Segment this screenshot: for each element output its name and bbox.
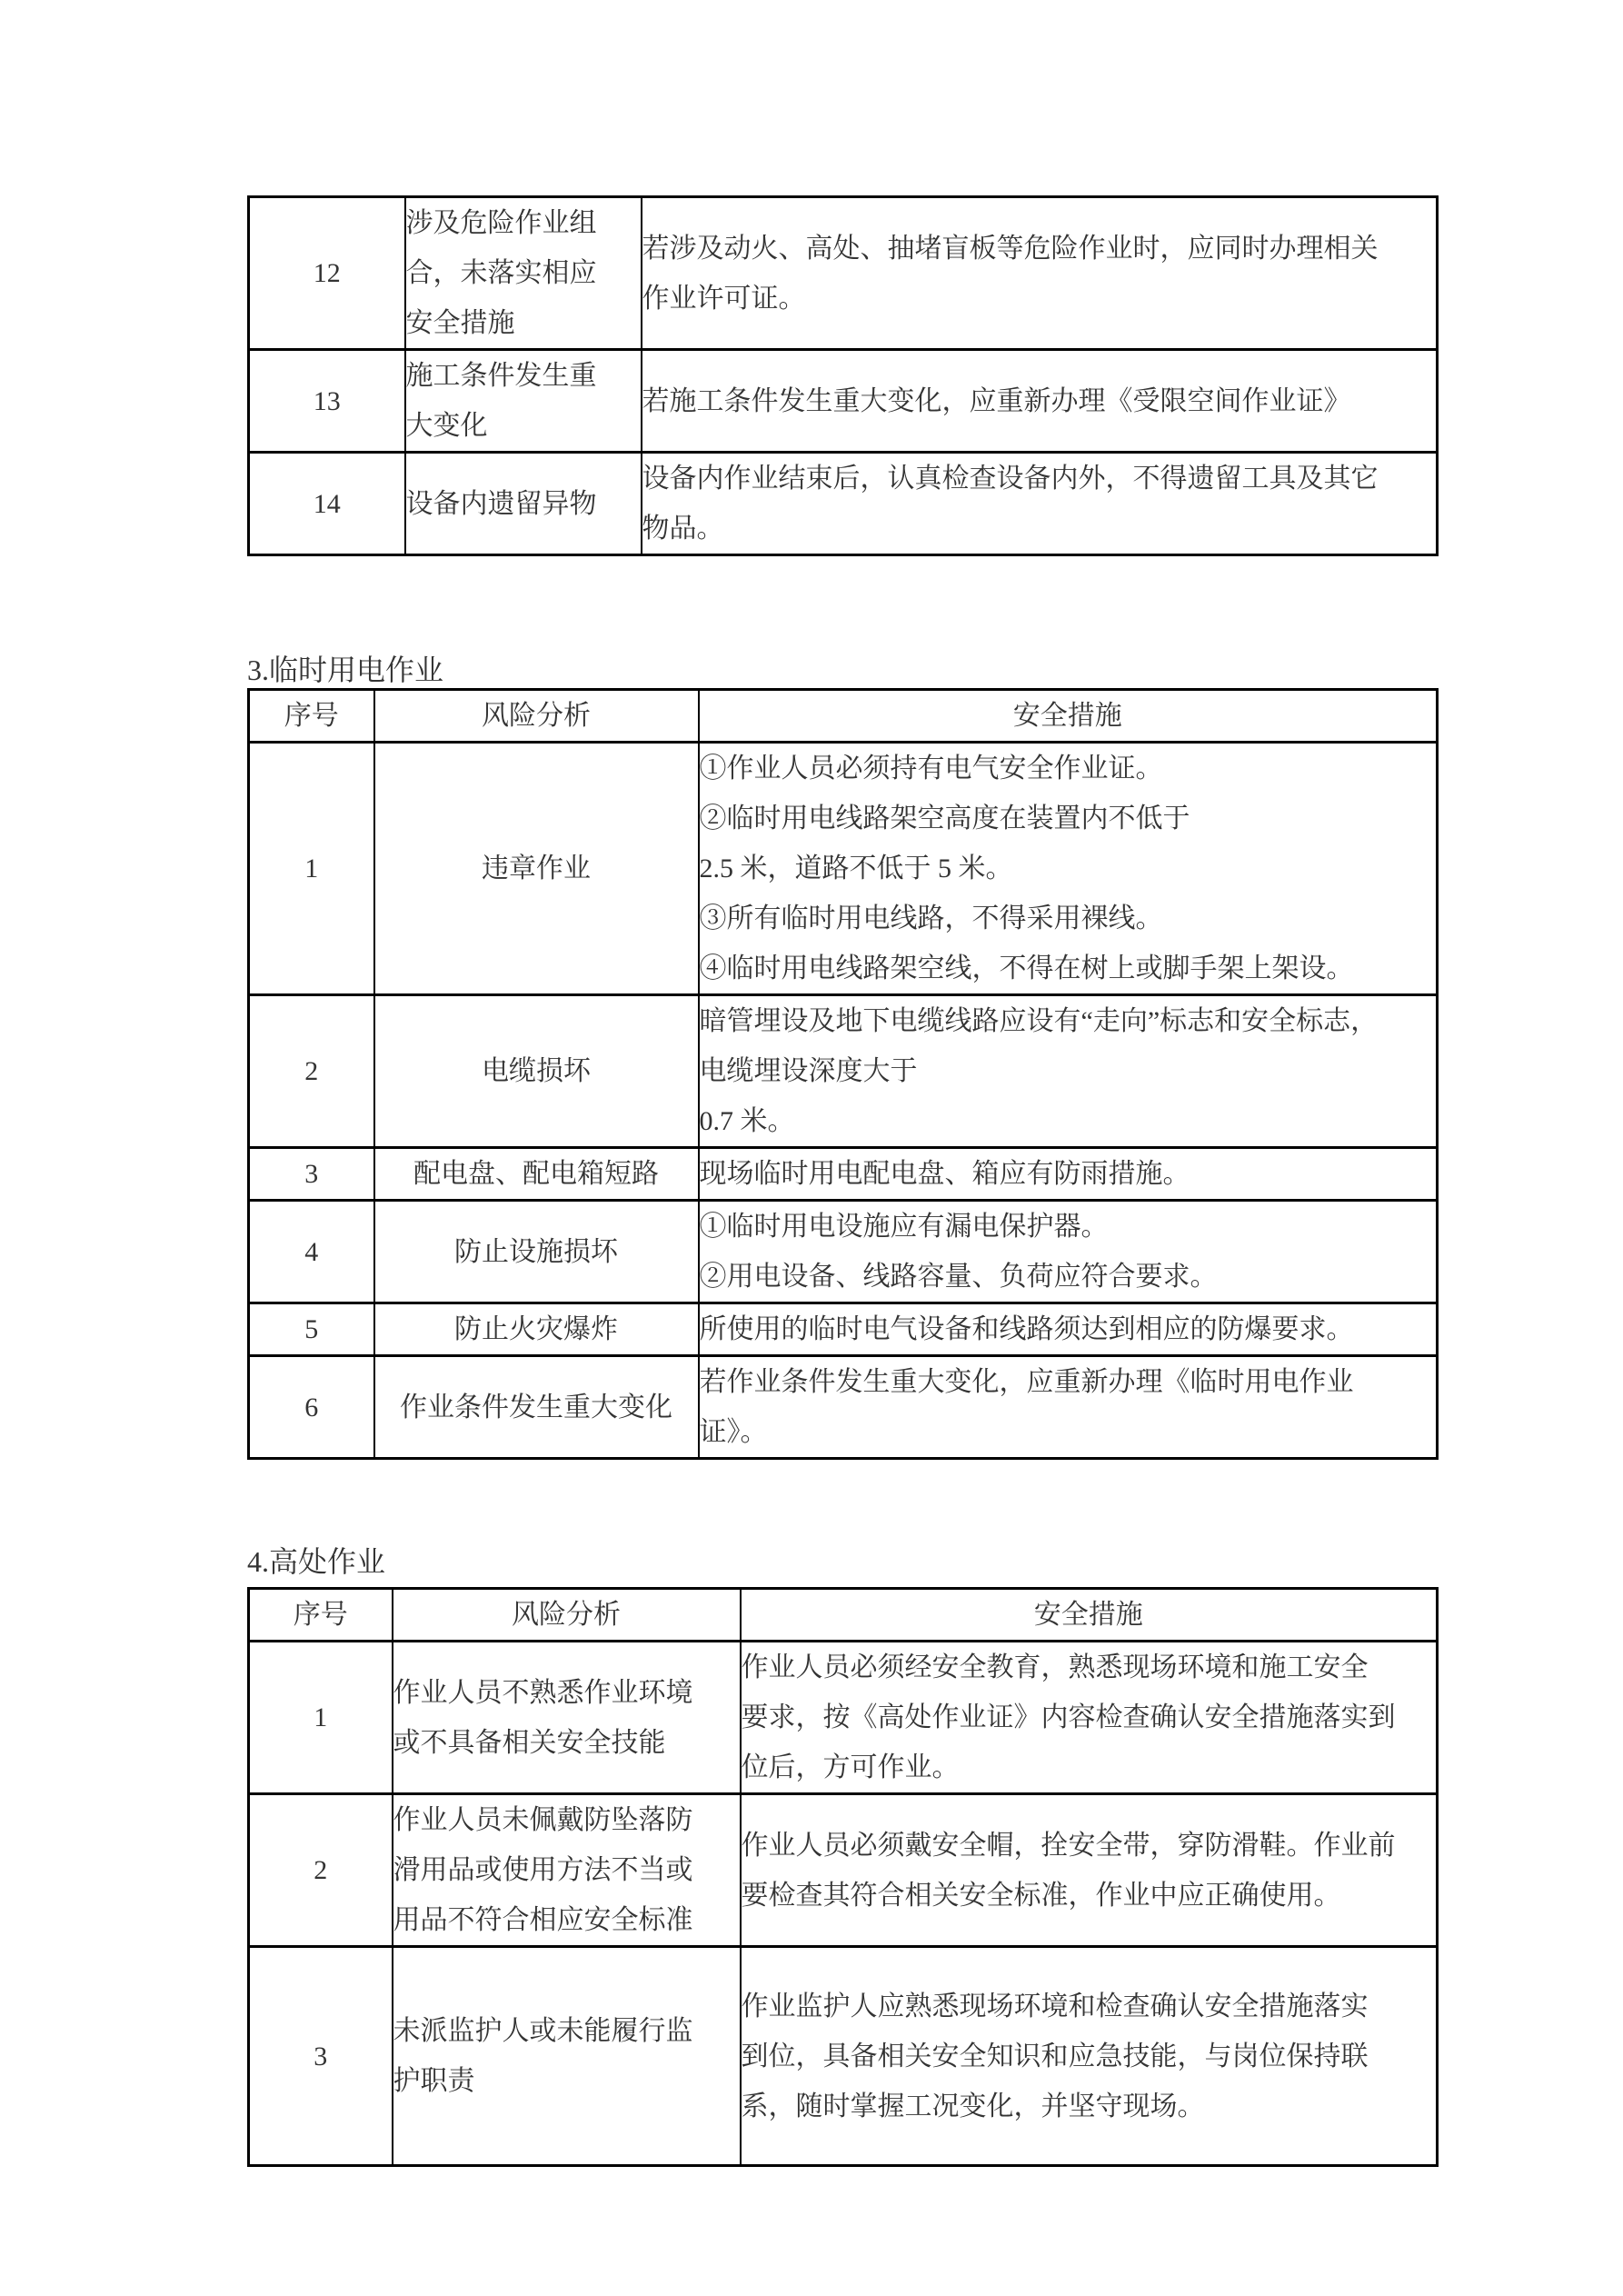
row-number-cell: 2 — [249, 1794, 393, 1947]
header-cell: 序号 — [249, 690, 374, 743]
risk-analysis-line: 护职责 — [393, 2056, 740, 2106]
safety-measures-line: 到位，具备相关安全知识和应急技能，与岗位保持联 — [742, 2031, 1437, 2081]
row-number: 3 — [250, 1149, 373, 1199]
row-number-cell: 6 — [249, 1356, 374, 1459]
table-row: 3配电盘、配电箱短路现场临时用电配电盘、箱应有防雨措施。 — [249, 1148, 1438, 1201]
row-number-cell: 5 — [249, 1303, 374, 1356]
safety-measures-cell: 设备内作业结束后，认真检查设备内外，不得遗留工具及其它物品。 — [642, 453, 1438, 555]
header-cell: 风险分析 — [374, 690, 699, 743]
safety-measures-line: 若施工条件发生重大变化，应重新办理《受限空间作业证》 — [642, 376, 1437, 426]
table-row: 6作业条件发生重大变化若作业条件发生重大变化，应重新办理《临时用电作业证》。 — [249, 1356, 1438, 1459]
risk-analysis-line: 或不具备相关安全技能 — [393, 1718, 740, 1768]
risk-analysis-line: 施工条件发生重 — [406, 351, 641, 401]
safety-measures-line: ②用电设备、线路容量、负荷应符合要求。 — [700, 1252, 1437, 1302]
risk-analysis-line: 设备内遗留异物 — [406, 479, 641, 529]
table-row: 4防止设施损坏①临时用电设施应有漏电保护器。②用电设备、线路容量、负荷应符合要求… — [249, 1201, 1438, 1303]
safety-measures-line: 证》。 — [700, 1407, 1437, 1457]
table-row: 5防止火灾爆炸所使用的临时电气设备和线路须达到相应的防爆要求。 — [249, 1303, 1438, 1356]
risk-analysis-line: 涉及危险作业组 — [406, 198, 641, 248]
safety-measures-line: ④临时用电线路架空线，不得在树上或脚手架上架设。 — [700, 943, 1437, 993]
risk-analysis-line: 大变化 — [406, 401, 641, 451]
safety-measures-cell: 作业人员必须戴安全帽，拴安全带，穿防滑鞋。作业前要检查其符合相关安全标准，作业中… — [741, 1794, 1438, 1947]
risk-analysis-cell: 防止设施损坏 — [374, 1201, 699, 1303]
risk-analysis-line: 未派监护人或未能履行监 — [393, 2006, 740, 2056]
table-row: 3未派监护人或未能履行监护职责作业监护人应熟悉现场环境和检查确认安全措施落实到位… — [249, 1947, 1438, 2166]
safety-measures-line: ①作业人员必须持有电气安全作业证。 — [700, 744, 1437, 794]
risk-analysis-cell: 设备内遗留异物 — [405, 453, 642, 555]
row-number: 12 — [250, 248, 404, 298]
header-cell: 安全措施 — [699, 690, 1438, 743]
safety-measures-line: 若作业条件发生重大变化，应重新办理《临时用电作业 — [700, 1357, 1437, 1407]
risk-analysis-cell: 电缆损坏 — [374, 995, 699, 1148]
risk-analysis-line: 配电盘、配电箱短路 — [375, 1149, 698, 1199]
row-number-cell: 3 — [249, 1148, 374, 1201]
safety-measures-line: 若涉及动火、高处、抽堵盲板等危险作业时，应同时办理相关 — [642, 224, 1437, 274]
page-content: 12涉及危险作业组合，未落实相应安全措施若涉及动火、高处、抽堵盲板等危险作业时，… — [247, 0, 1436, 2167]
row-number-cell: 14 — [249, 453, 405, 555]
safety-measures-cell: 若涉及动火、高处、抽堵盲板等危险作业时，应同时办理相关作业许可证。 — [642, 197, 1438, 350]
header-label: 风险分析 — [393, 1590, 740, 1640]
safety-measures-cell: 现场临时用电配电盘、箱应有防雨措施。 — [699, 1148, 1438, 1201]
row-number: 14 — [250, 479, 404, 529]
header-label: 序号 — [250, 691, 373, 741]
risk-analysis-cell: 作业条件发生重大变化 — [374, 1356, 699, 1459]
risk-analysis-line: 合，未落实相应 — [406, 248, 641, 298]
header-cell: 风险分析 — [393, 1589, 741, 1642]
safety-measures-cell: 暗管埋设及地下电缆线路应设有“走向”标志和安全标志，电缆埋设深度大于0.7 米。 — [699, 995, 1438, 1148]
risk-analysis-line: 违章作业 — [375, 844, 698, 893]
safety-measures-line: 作业许可证。 — [642, 274, 1437, 324]
row-number: 2 — [250, 1845, 392, 1895]
safety-measures-line: 暗管埋设及地下电缆线路应设有“走向”标志和安全标志， — [700, 996, 1437, 1046]
row-number: 5 — [250, 1304, 373, 1354]
risk-analysis-line: 安全措施 — [406, 298, 641, 348]
safety-measures-line: 系，随时掌握工况变化，并坚守现场。 — [742, 2081, 1437, 2131]
safety-measures-line: 现场临时用电配电盘、箱应有防雨措施。 — [700, 1149, 1437, 1199]
table-container-confined-space-continued: 12涉及危险作业组合，未落实相应安全措施若涉及动火、高处、抽堵盲板等危险作业时，… — [247, 195, 1436, 556]
table-container-work-at-height: 序号风险分析安全措施1作业人员不熟悉作业环境或不具备相关安全技能作业人员必须经安… — [247, 1587, 1436, 2167]
table-row: 12涉及危险作业组合，未落实相应安全措施若涉及动火、高处、抽堵盲板等危险作业时，… — [249, 197, 1438, 350]
risk-analysis-cell: 涉及危险作业组合，未落实相应安全措施 — [405, 197, 642, 350]
table-row: 2电缆损坏暗管埋设及地下电缆线路应设有“走向”标志和安全标志，电缆埋设深度大于0… — [249, 995, 1438, 1148]
safety-measures-line: 要求，按《高处作业证》内容检查确认安全措施落实到 — [742, 1692, 1437, 1742]
risk-analysis-line: 用品不符合相应安全标准 — [393, 1895, 740, 1945]
row-number-cell: 13 — [249, 350, 405, 453]
row-number-cell: 1 — [249, 1642, 393, 1794]
row-number: 13 — [250, 376, 404, 426]
safety-measures-line: 设备内作业结束后，认真检查设备内外，不得遗留工具及其它 — [642, 454, 1437, 504]
table-header-row: 序号风险分析安全措施 — [249, 690, 1438, 743]
header-label: 序号 — [250, 1590, 392, 1640]
safety-measures-line: ③所有临时用电线路，不得采用裸线。 — [700, 893, 1437, 943]
safety-measures-line: ①临时用电设施应有漏电保护器。 — [700, 1202, 1437, 1252]
safety-measures-line: 2.5 米，道路不低于 5 米。 — [700, 844, 1437, 893]
safety-measures-line: 要检查其符合相关安全标准，作业中应正确使用。 — [742, 1871, 1437, 1921]
safety-measures-line: 作业人员必须戴安全帽，拴安全带，穿防滑鞋。作业前 — [742, 1821, 1437, 1871]
table-row: 13施工条件发生重大变化若施工条件发生重大变化，应重新办理《受限空间作业证》 — [249, 350, 1438, 453]
table-header-row: 序号风险分析安全措施 — [249, 1589, 1438, 1642]
header-label: 安全措施 — [700, 691, 1437, 741]
header-label: 安全措施 — [742, 1590, 1437, 1640]
risk-analysis-line: 防止火灾爆炸 — [375, 1304, 698, 1354]
row-number-cell: 2 — [249, 995, 374, 1148]
row-number: 3 — [250, 2031, 392, 2081]
header-cell: 安全措施 — [741, 1589, 1438, 1642]
row-number: 2 — [250, 1046, 373, 1096]
row-number: 1 — [250, 1692, 392, 1742]
risk-table-confined-space-continued: 12涉及危险作业组合，未落实相应安全措施若涉及动火、高处、抽堵盲板等危险作业时，… — [247, 195, 1439, 556]
safety-measures-line: 物品。 — [642, 504, 1437, 554]
risk-analysis-line: 滑用品或使用方法不当或 — [393, 1845, 740, 1895]
row-number-cell: 1 — [249, 743, 374, 995]
risk-analysis-cell: 施工条件发生重大变化 — [405, 350, 642, 453]
header-label: 风险分析 — [375, 691, 698, 741]
row-number: 4 — [250, 1227, 373, 1277]
table-row: 1作业人员不熟悉作业环境或不具备相关安全技能作业人员必须经安全教育，熟悉现场环境… — [249, 1642, 1438, 1794]
risk-analysis-line: 电缆损坏 — [375, 1046, 698, 1096]
safety-measures-cell: ①作业人员必须持有电气安全作业证。②临时用电线路架空高度在装置内不低于2.5 米… — [699, 743, 1438, 995]
risk-table-temporary-electrical-work: 序号风险分析安全措施1违章作业①作业人员必须持有电气安全作业证。②临时用电线路架… — [247, 688, 1439, 1460]
safety-measures-line: 作业监护人应熟悉现场环境和检查确认安全措施落实 — [742, 1982, 1437, 2031]
row-number-cell: 12 — [249, 197, 405, 350]
risk-analysis-line: 防止设施损坏 — [375, 1227, 698, 1277]
table-row: 1违章作业①作业人员必须持有电气安全作业证。②临时用电线路架空高度在装置内不低于… — [249, 743, 1438, 995]
risk-analysis-cell: 防止火灾爆炸 — [374, 1303, 699, 1356]
row-number: 1 — [250, 844, 373, 893]
row-number-cell: 3 — [249, 1947, 393, 2166]
row-number-cell: 4 — [249, 1201, 374, 1303]
risk-analysis-line: 作业条件发生重大变化 — [375, 1383, 698, 1433]
risk-analysis-cell: 违章作业 — [374, 743, 699, 995]
risk-table-work-at-height: 序号风险分析安全措施1作业人员不熟悉作业环境或不具备相关安全技能作业人员必须经安… — [247, 1587, 1439, 2167]
safety-measures-line: ②临时用电线路架空高度在装置内不低于 — [700, 794, 1437, 844]
safety-measures-line: 0.7 米。 — [700, 1096, 1437, 1146]
safety-measures-line: 所使用的临时电气设备和线路须达到相应的防爆要求。 — [700, 1304, 1437, 1354]
table-row: 2作业人员未佩戴防坠落防滑用品或使用方法不当或用品不符合相应安全标准作业人员必须… — [249, 1794, 1438, 1947]
safety-measures-line: 作业人员必须经安全教育，熟悉现场环境和施工安全 — [742, 1642, 1437, 1692]
safety-measures-cell: 若施工条件发生重大变化，应重新办理《受限空间作业证》 — [642, 350, 1438, 453]
safety-measures-line: 位后，方可作业。 — [742, 1742, 1437, 1792]
safety-measures-cell: 作业人员必须经安全教育，熟悉现场环境和施工安全要求，按《高处作业证》内容检查确认… — [741, 1642, 1438, 1794]
table-container-temporary-electrical: 序号风险分析安全措施1违章作业①作业人员必须持有电气安全作业证。②临时用电线路架… — [247, 688, 1436, 1460]
risk-analysis-cell: 未派监护人或未能履行监护职责 — [393, 1947, 741, 2166]
safety-measures-cell: 若作业条件发生重大变化，应重新办理《临时用电作业证》。 — [699, 1356, 1438, 1459]
table-row: 14设备内遗留异物设备内作业结束后，认真检查设备内外，不得遗留工具及其它物品。 — [249, 453, 1438, 555]
safety-measures-cell: 所使用的临时电气设备和线路须达到相应的防爆要求。 — [699, 1303, 1438, 1356]
row-number: 6 — [250, 1383, 373, 1433]
section-3-heading: 3.临时用电作业 — [247, 652, 1436, 688]
risk-analysis-cell: 作业人员未佩戴防坠落防滑用品或使用方法不当或用品不符合相应安全标准 — [393, 1794, 741, 1947]
risk-analysis-line: 作业人员未佩戴防坠落防 — [393, 1795, 740, 1845]
safety-measures-cell: 作业监护人应熟悉现场环境和检查确认安全措施落实到位，具备相关安全知识和应急技能，… — [741, 1947, 1438, 2166]
section-4-heading: 4.高处作业 — [247, 1543, 1436, 1580]
safety-measures-cell: ①临时用电设施应有漏电保护器。②用电设备、线路容量、负荷应符合要求。 — [699, 1201, 1438, 1303]
risk-analysis-line: 作业人员不熟悉作业环境 — [393, 1668, 740, 1718]
header-cell: 序号 — [249, 1589, 393, 1642]
safety-measures-line: 电缆埋设深度大于 — [700, 1046, 1437, 1096]
risk-analysis-cell: 作业人员不熟悉作业环境或不具备相关安全技能 — [393, 1642, 741, 1794]
risk-analysis-cell: 配电盘、配电箱短路 — [374, 1148, 699, 1201]
